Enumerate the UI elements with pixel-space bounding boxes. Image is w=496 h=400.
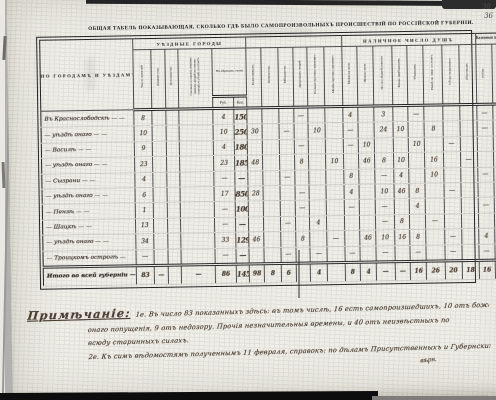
value-cell: 10 [393,122,409,138]
value-cell: 8 [134,109,153,126]
value-cell: — [136,249,155,266]
value-cell: 3 [374,106,393,123]
value-cell: 1 [135,203,154,219]
value-cell [360,199,376,215]
value-cell [262,124,279,140]
ink-streak-artifact [298,250,300,298]
value-cell [180,171,214,187]
value-cell: 16 [394,230,410,246]
value-cell: — [215,248,236,265]
value-cell: — [214,171,235,187]
value-cell [408,122,424,138]
value-cell [180,156,214,172]
value-cell [280,154,295,170]
value-cell: — [443,136,460,152]
value-cell: 10 [409,137,425,153]
value-cell: 4 [213,108,234,125]
value-cell: 10 [375,184,394,200]
value-cell [180,186,214,202]
value-cell [279,107,294,124]
scan-artifact-bottom-edge [372,396,496,400]
value-cell: — [460,152,477,168]
value-cell [264,247,281,264]
value-cell [374,137,393,153]
rotated-column-label: Рубли [482,69,486,78]
value-cell [328,262,345,281]
value-cell: 46 [393,183,409,199]
value-cell [460,136,477,152]
value-cell: 1850 [234,155,248,171]
column-header: Оброчныхъ [458,44,476,104]
rotated-column-label: Оброчныхъ [465,63,469,80]
table-header: ПО ГОРОДАМЪ И УѢЗДАМЪ.УѢЗДНЫЕ ГОРОДЫ НАЛ… [40,33,496,112]
value-cell: 8 [345,262,361,281]
value-cell [344,230,360,246]
value-cell: — [181,264,215,284]
value-cell: 8 [424,121,443,137]
value-cell [326,184,343,200]
money-group-header: На вѣрномъ счетѣ [212,48,247,97]
smudge-artifact [86,58,95,90]
value-cell: 6 [281,263,296,282]
value-cell [359,169,375,185]
value-cell: — [236,247,250,264]
value-cell: — [327,231,344,247]
value-cell [179,140,213,156]
value-cell: 16 [425,152,444,168]
value-cell [426,229,445,245]
value-cell [179,125,213,141]
value-cell [493,120,496,136]
value-cell: 23 [214,155,235,171]
row-label: — уѣздѣ онаго — — [41,126,134,143]
value-cell: — [479,244,495,261]
value-cell [180,202,214,218]
value-cell: — [375,168,394,184]
page-number-bottom: 36 [482,12,493,21]
value-cell: — [444,244,461,261]
value-cell [167,218,181,234]
value-cell [154,218,168,234]
value-cell: — [410,245,426,262]
value-cell [309,154,326,170]
value-cell: 10 [326,154,343,170]
value-cell [279,139,294,155]
value-cell [392,105,408,122]
value-cell: — [477,167,493,183]
value-cell: 46 [359,153,375,169]
value-cell: — [343,123,359,139]
note-lead-word: Примѣчаніе: [27,306,132,323]
value-cell [309,185,326,201]
value-cell: 1450 [236,264,250,283]
row-label: — Сызрани — — [42,172,135,189]
column-header: Женска пола [357,46,374,106]
rotated-column-label: Больше противу прежняго [314,54,318,93]
value-cell: — [476,104,492,121]
value-cell: — [376,262,395,281]
value-cell: 16 [479,260,495,279]
statistics-table: ПО ГОРОДАМЪ И УѢЗДАМЪ.УѢЗДНЫЕ ГОРОДЫ НАЛ… [39,32,496,286]
statistics-table-frame: ПО ГОРОДАМЪ И УѢЗДАМЪ.УѢЗДНЫЕ ГОРОДЫ НАЛ… [36,30,476,290]
value-cell [249,201,264,217]
value-cell: — [235,217,249,233]
value-cell [263,185,280,201]
value-cell [168,249,182,266]
value-cell [425,183,444,199]
value-cell [327,215,344,231]
value-cell: 28 [248,186,263,202]
rotated-column-label: Вновь прибывшихъ [398,58,402,87]
rotated-column-label: Нынѣ на лицо состоитъ [430,54,434,89]
value-cell: 9 [134,141,153,157]
rotated-column-label: Женска пола [363,64,367,83]
value-cell [249,216,264,232]
value-cell [459,104,476,121]
value-cell [409,168,425,184]
value-cell [326,138,343,154]
value-cell: 26 [426,261,445,280]
value-cell [325,123,342,139]
value-cell [409,152,425,168]
value-cell: 10 [359,138,375,154]
value-cell: — [395,261,411,280]
signature-flourish: вѣрн. [420,355,437,365]
rotated-column-label: Число жителей [140,65,144,88]
value-cell [154,203,168,219]
value-cell [360,215,376,231]
row-label: — Шацкѣ — — [42,218,135,235]
value-cell: 16 [411,261,427,280]
value-cell [166,125,180,141]
value-cell [460,121,477,137]
column-group-header: Казенныя подати [475,33,496,44]
value-cell: — [294,139,309,155]
value-cell [167,202,181,218]
value-cell [166,172,180,188]
value-cell [461,213,478,229]
value-cell [294,170,309,186]
column-header: Мужеска пола [341,46,358,106]
value-cell: — [477,121,493,137]
value-cell: 1295 [236,232,250,248]
value-cell [310,200,327,216]
value-cell [358,122,374,138]
value-cell [263,216,280,232]
value-cell [343,153,359,169]
value-cell [264,232,281,248]
value-cell: 18 [462,260,479,279]
value-cell [153,187,167,203]
value-cell: 4 [135,172,154,188]
value-cell [326,169,343,185]
value-cell: 8 [343,169,359,185]
value-cell [179,109,213,126]
value-cell: — [376,245,395,262]
value-cell: — [295,200,310,216]
row-label: — Василѣ — — [41,142,134,159]
value-cell [247,108,262,125]
value-cell: 10 [376,230,395,246]
value-cell: 850 [235,186,249,202]
value-cell [492,104,496,121]
value-cell: 4 [310,215,327,231]
value-cell [360,246,376,263]
value-cell [443,167,460,183]
value-cell: 30 [247,124,262,140]
value-cell [152,126,166,142]
value-cell [167,187,181,203]
column-header: Число жителей [133,49,152,109]
money-sub-header: Руб. [213,96,234,108]
value-cell [294,123,309,139]
value-cell: 2500 [234,124,248,140]
value-cell [263,201,280,217]
value-cell: 8 [409,183,425,199]
value-cell [443,121,460,137]
value-cell: 8 [394,214,410,230]
column-header: Сбору подушнаго [441,45,459,105]
value-cell [181,217,215,233]
value-cell: 33 [215,232,236,248]
column-header: Разночинцовъ [246,48,262,108]
row-label: — Пензѣ — — [42,203,135,220]
value-cell: — [281,247,296,264]
rotated-column-label: Разночинцовъ [252,64,256,85]
value-cell [153,172,167,188]
value-cell [327,200,344,216]
column-header: Больше противу прежняго [307,47,325,107]
value-cell: 8 [294,154,309,170]
value-cell: 10 [213,125,234,141]
value-cell [153,141,167,157]
rotated-column-label: По послѣдней ревизіи [380,56,384,89]
value-cell [325,107,342,124]
value-cell [461,198,478,214]
column-header: Дворовыхъ людей [293,47,309,107]
value-cell [424,105,443,122]
value-cell: 34 [136,234,155,250]
value-cell: 4 [361,262,377,281]
value-cell: 4 [311,263,328,282]
value-cell [181,248,215,265]
value-cell: 1800 [234,140,248,156]
smudge-artifact [248,30,312,36]
row-label: — Троицкомъ острогѣ — [43,249,136,267]
column-header: Купечества [261,48,279,108]
value-cell [248,170,263,186]
value-cell: 6 [135,187,154,203]
scan-artifact-bottom-band [0,391,378,400]
value-cell: 10 [134,126,153,142]
value-cell: — [295,185,310,201]
value-cell: 4 [478,228,494,244]
value-cell [167,233,181,249]
value-cell [262,107,279,124]
rotated-column-label: Шляхетства [156,67,160,85]
column-header: Духовенства [165,49,179,109]
rotated-column-label: Сколько и какихъ именно чиновъ людей во … [189,54,201,98]
value-cell [263,170,280,186]
value-cell [166,141,180,157]
value-cell [426,244,445,261]
value-cell: — [408,105,424,122]
value-cell: — [281,216,296,232]
margin-ink-mark [2,36,6,60]
value-cell: 48 [248,155,263,171]
value-cell: — [235,171,249,187]
value-cell: — [426,214,445,230]
value-cell [280,201,295,217]
value-cell: — [343,138,359,154]
column-header: Копѣйки [491,44,496,104]
value-cell [249,247,264,264]
value-cell [359,184,375,200]
row-label: — уѣздѣ онаго — — [42,157,135,174]
value-cell [327,246,344,263]
value-cell [424,137,443,153]
value-cell: — [444,183,461,199]
value-cell: 13 [135,218,154,234]
row-label: Итого во всей губерніи — [43,266,136,286]
value-cell [443,152,460,168]
value-cell [168,265,182,284]
column-header: Сколько и какихъ именно чиновъ людей во … [178,49,213,110]
value-cell [248,140,263,156]
value-cell: 46 [249,232,264,248]
value-cell [154,233,168,249]
page-number-top: 38. [482,3,493,12]
value-cell: 10 [393,153,409,169]
value-cell: 4 [342,106,358,123]
row-label: — уѣздѣ онаго — — [42,188,135,205]
value-cell [358,106,374,123]
value-cell: — [344,200,360,216]
value-cell [394,199,410,215]
rotated-column-label: Сбору подушнаго [448,59,452,86]
value-cell: — [215,217,236,233]
rotated-column-label: Купечества [268,66,272,83]
value-cell: — [214,202,235,218]
value-cell: 4 [410,199,426,215]
value-cell [442,105,459,122]
value-cell: — [310,246,327,263]
value-cell: 1000 [235,201,249,217]
value-cell [263,155,280,171]
value-cell: — [376,214,395,230]
column-header: Мѣщанства [278,47,294,107]
value-cell: 4 [214,140,235,156]
value-cell: 8 [410,229,426,245]
value-cell [310,231,327,247]
value-cell [477,151,493,167]
value-cell: 4 [343,184,359,200]
value-cell: 46 [360,230,376,246]
column-header: Вновь прибывшихъ [391,45,408,105]
scanned-document: ОБЩАЯ ТАБЕЛЬ ПОКАЗЫВАЮЩАЯ, СКОЛЬКО ГДѢ Б… [0,0,496,400]
rotated-column-label: Мѣщанства [284,66,288,83]
value-cell [394,245,410,262]
value-cell: 8 [264,263,281,282]
value-cell [410,214,426,230]
table-body: Въ Краснослободскѣ — —841500—43——— уѣздѣ… [41,104,496,286]
value-cell [309,139,326,155]
column-header: Шляхетства [151,49,165,109]
value-cell: 10 [425,167,444,183]
rotated-column-label: Убывшихъ [413,64,417,80]
value-cell: 17 [214,186,235,202]
value-cell: 8 [375,153,394,169]
value-cell: 20 [445,261,462,280]
value-cell: 86 [215,264,236,283]
value-cell [478,182,494,198]
value-cell [309,169,326,185]
value-cell: — [375,199,394,215]
value-cell [280,185,295,201]
value-cell: 10 [308,123,325,139]
value-cell [165,109,179,126]
paper-sheet: ОБЩАЯ ТАБЕЛЬ ПОКАЗЫВАЮЩАЯ, СКОЛЬКО ГДѢ Б… [6,0,496,400]
value-cell: 8 [295,231,310,247]
value-cell: — [280,170,295,186]
value-cell: 4 [393,168,409,184]
value-cell: 1500 [234,108,248,125]
column-header: По послѣдней ревизіи [373,46,392,106]
rotated-column-label: Мужеска пола [348,63,352,84]
value-cell [477,136,493,152]
value-cell: — [155,265,169,284]
value-cell: — [293,107,308,124]
value-cell [181,233,215,249]
value-cell [461,229,478,245]
column-header: Рубли [476,44,493,104]
value-cell [344,215,360,231]
value-cell [153,156,167,172]
value-cell: — [444,229,461,245]
column-header: Нынѣ на лицо состоитъ [423,45,442,105]
row-label: Въ Краснослободскѣ — — [41,110,134,128]
value-cell [295,216,310,232]
row-label: — уѣздѣ онаго — — [43,234,136,251]
value-cell [478,213,494,229]
value-cell: 23 [135,157,154,173]
value-cell [166,156,180,172]
value-cell: 24 [374,122,393,138]
value-cell: 83 [136,265,155,284]
value-cell [444,198,461,214]
value-cell: — [478,197,494,213]
money-sub-header: Коп. [234,96,248,108]
value-cell [308,107,325,124]
value-cell [281,231,296,247]
value-cell [152,109,166,126]
rotated-column-label: Духовенства [170,67,174,86]
value-cell [393,137,409,153]
value-cell: — [279,124,294,140]
rotated-column-label: Менѣе противу прежняго [331,55,335,93]
page-number-marks: 38. 36 [482,3,493,20]
value-cell [425,198,444,214]
value-cell [460,167,477,183]
value-cell [262,139,279,155]
value-cell [461,182,478,198]
value-cell: 98 [250,264,265,283]
value-cell [154,249,168,266]
rotated-column-label: Дворовыхъ людей [298,61,302,88]
value-cell [462,244,479,261]
column-header: Убывшихъ [407,45,424,105]
value-cell [444,213,461,229]
